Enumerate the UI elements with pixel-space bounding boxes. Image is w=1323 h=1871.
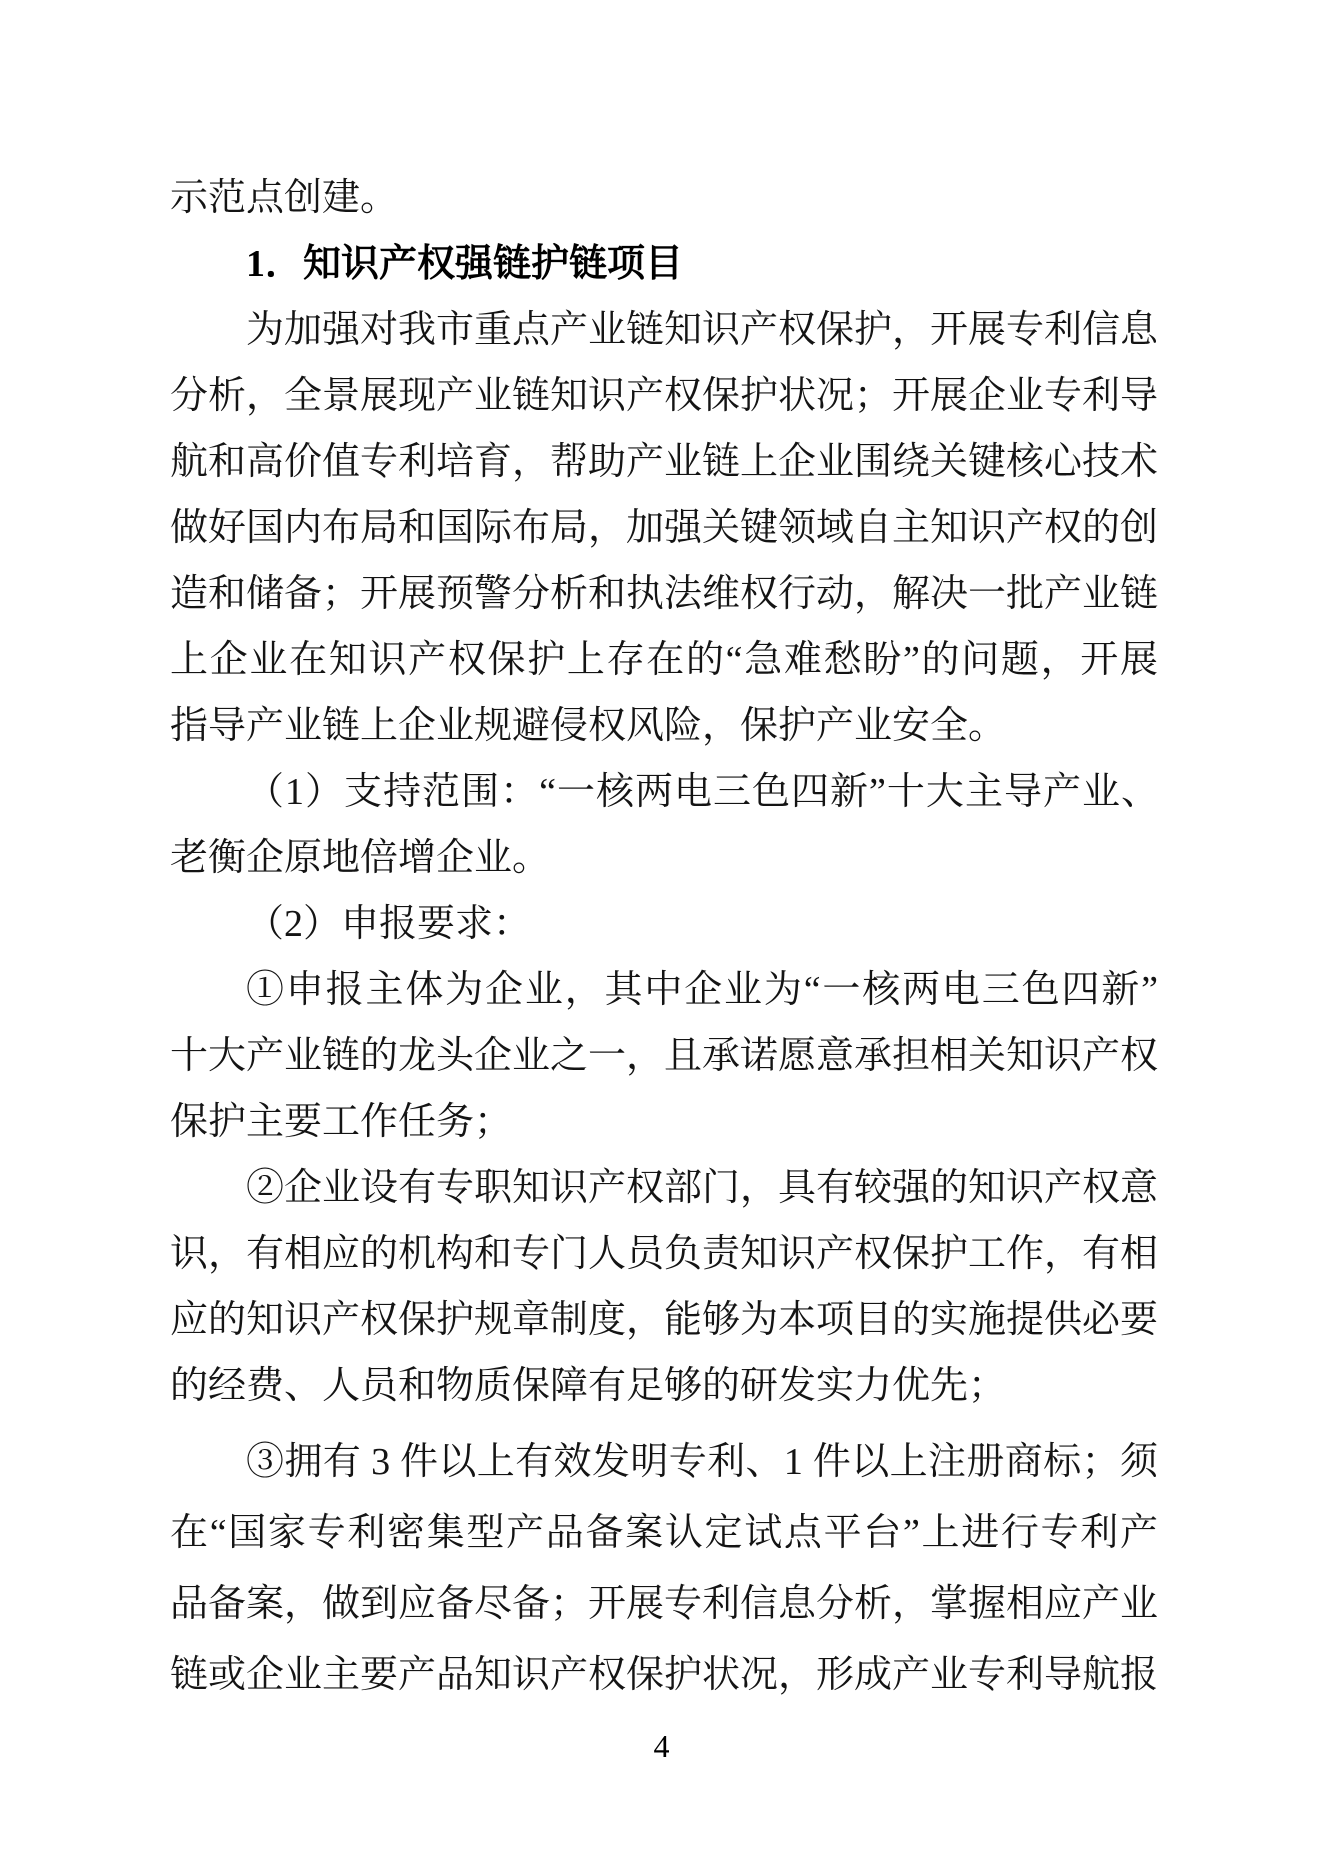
- document-line: 在“国家专利密集型产品备案认定试点平台”上进行专利产: [170, 1498, 1158, 1569]
- document-line: 十大产业链的龙头企业之一，且承诺愿意承担相关知识产权: [170, 1023, 1158, 1089]
- document-line: 上企业在知识产权保护上存在的“急难愁盼”的问题，开展: [170, 627, 1158, 693]
- document-line: （1）支持范围：“一核两电三色四新”十大主导产业、: [170, 759, 1158, 825]
- document-page: 示范点创建。 1．知识产权强链护链项目 为加强对我市重点产业链知识产权保护，开展…: [0, 0, 1323, 1871]
- page-number: 4: [0, 1728, 1323, 1765]
- document-line: 分析，全景展现产业链知识产权保护状况；开展企业专利导: [170, 363, 1158, 429]
- document-line: 链或企业主要产品知识产权保护状况，形成产业专利导航报: [170, 1640, 1158, 1711]
- document-line: 老衡企原地倍增企业。: [170, 825, 1158, 891]
- document-line: 品备案，做到应备尽备；开展专利信息分析，掌握相应产业: [170, 1569, 1158, 1640]
- document-line: ②企业设有专职知识产权部门，具有较强的知识产权意: [170, 1155, 1158, 1221]
- document-line: 航和高价值专利培育，帮助产业链上企业围绕关键核心技术: [170, 429, 1158, 495]
- document-line: 示范点创建。: [170, 165, 1158, 231]
- document-line: 应的知识产权保护规章制度，能够为本项目的实施提供必要: [170, 1287, 1158, 1353]
- document-line: 指导产业链上企业规避侵权风险，保护产业安全。: [170, 693, 1158, 759]
- document-line: （2）申报要求：: [170, 891, 1158, 957]
- document-line: ③拥有 3 件以上有效发明专利、1 件以上注册商标；须: [170, 1427, 1158, 1498]
- document-text-block: 示范点创建。 1．知识产权强链护链项目 为加强对我市重点产业链知识产权保护，开展…: [170, 165, 1158, 1711]
- document-line: 识，有相应的机构和专门人员负责知识产权保护工作，有相: [170, 1221, 1158, 1287]
- document-line: 做好国内布局和国际布局，加强关键领域自主知识产权的创: [170, 495, 1158, 561]
- section-heading: 1．知识产权强链护链项目: [170, 231, 1158, 297]
- document-line: 保护主要工作任务；: [170, 1089, 1158, 1155]
- document-line: 为加强对我市重点产业链知识产权保护，开展专利信息: [170, 297, 1158, 363]
- document-line: 的经费、人员和物质保障有足够的研发实力优先；: [170, 1353, 1158, 1419]
- document-line: ①申报主体为企业，其中企业为“一核两电三色四新”: [170, 957, 1158, 1023]
- document-line: 造和储备；开展预警分析和执法维权行动，解决一批产业链: [170, 561, 1158, 627]
